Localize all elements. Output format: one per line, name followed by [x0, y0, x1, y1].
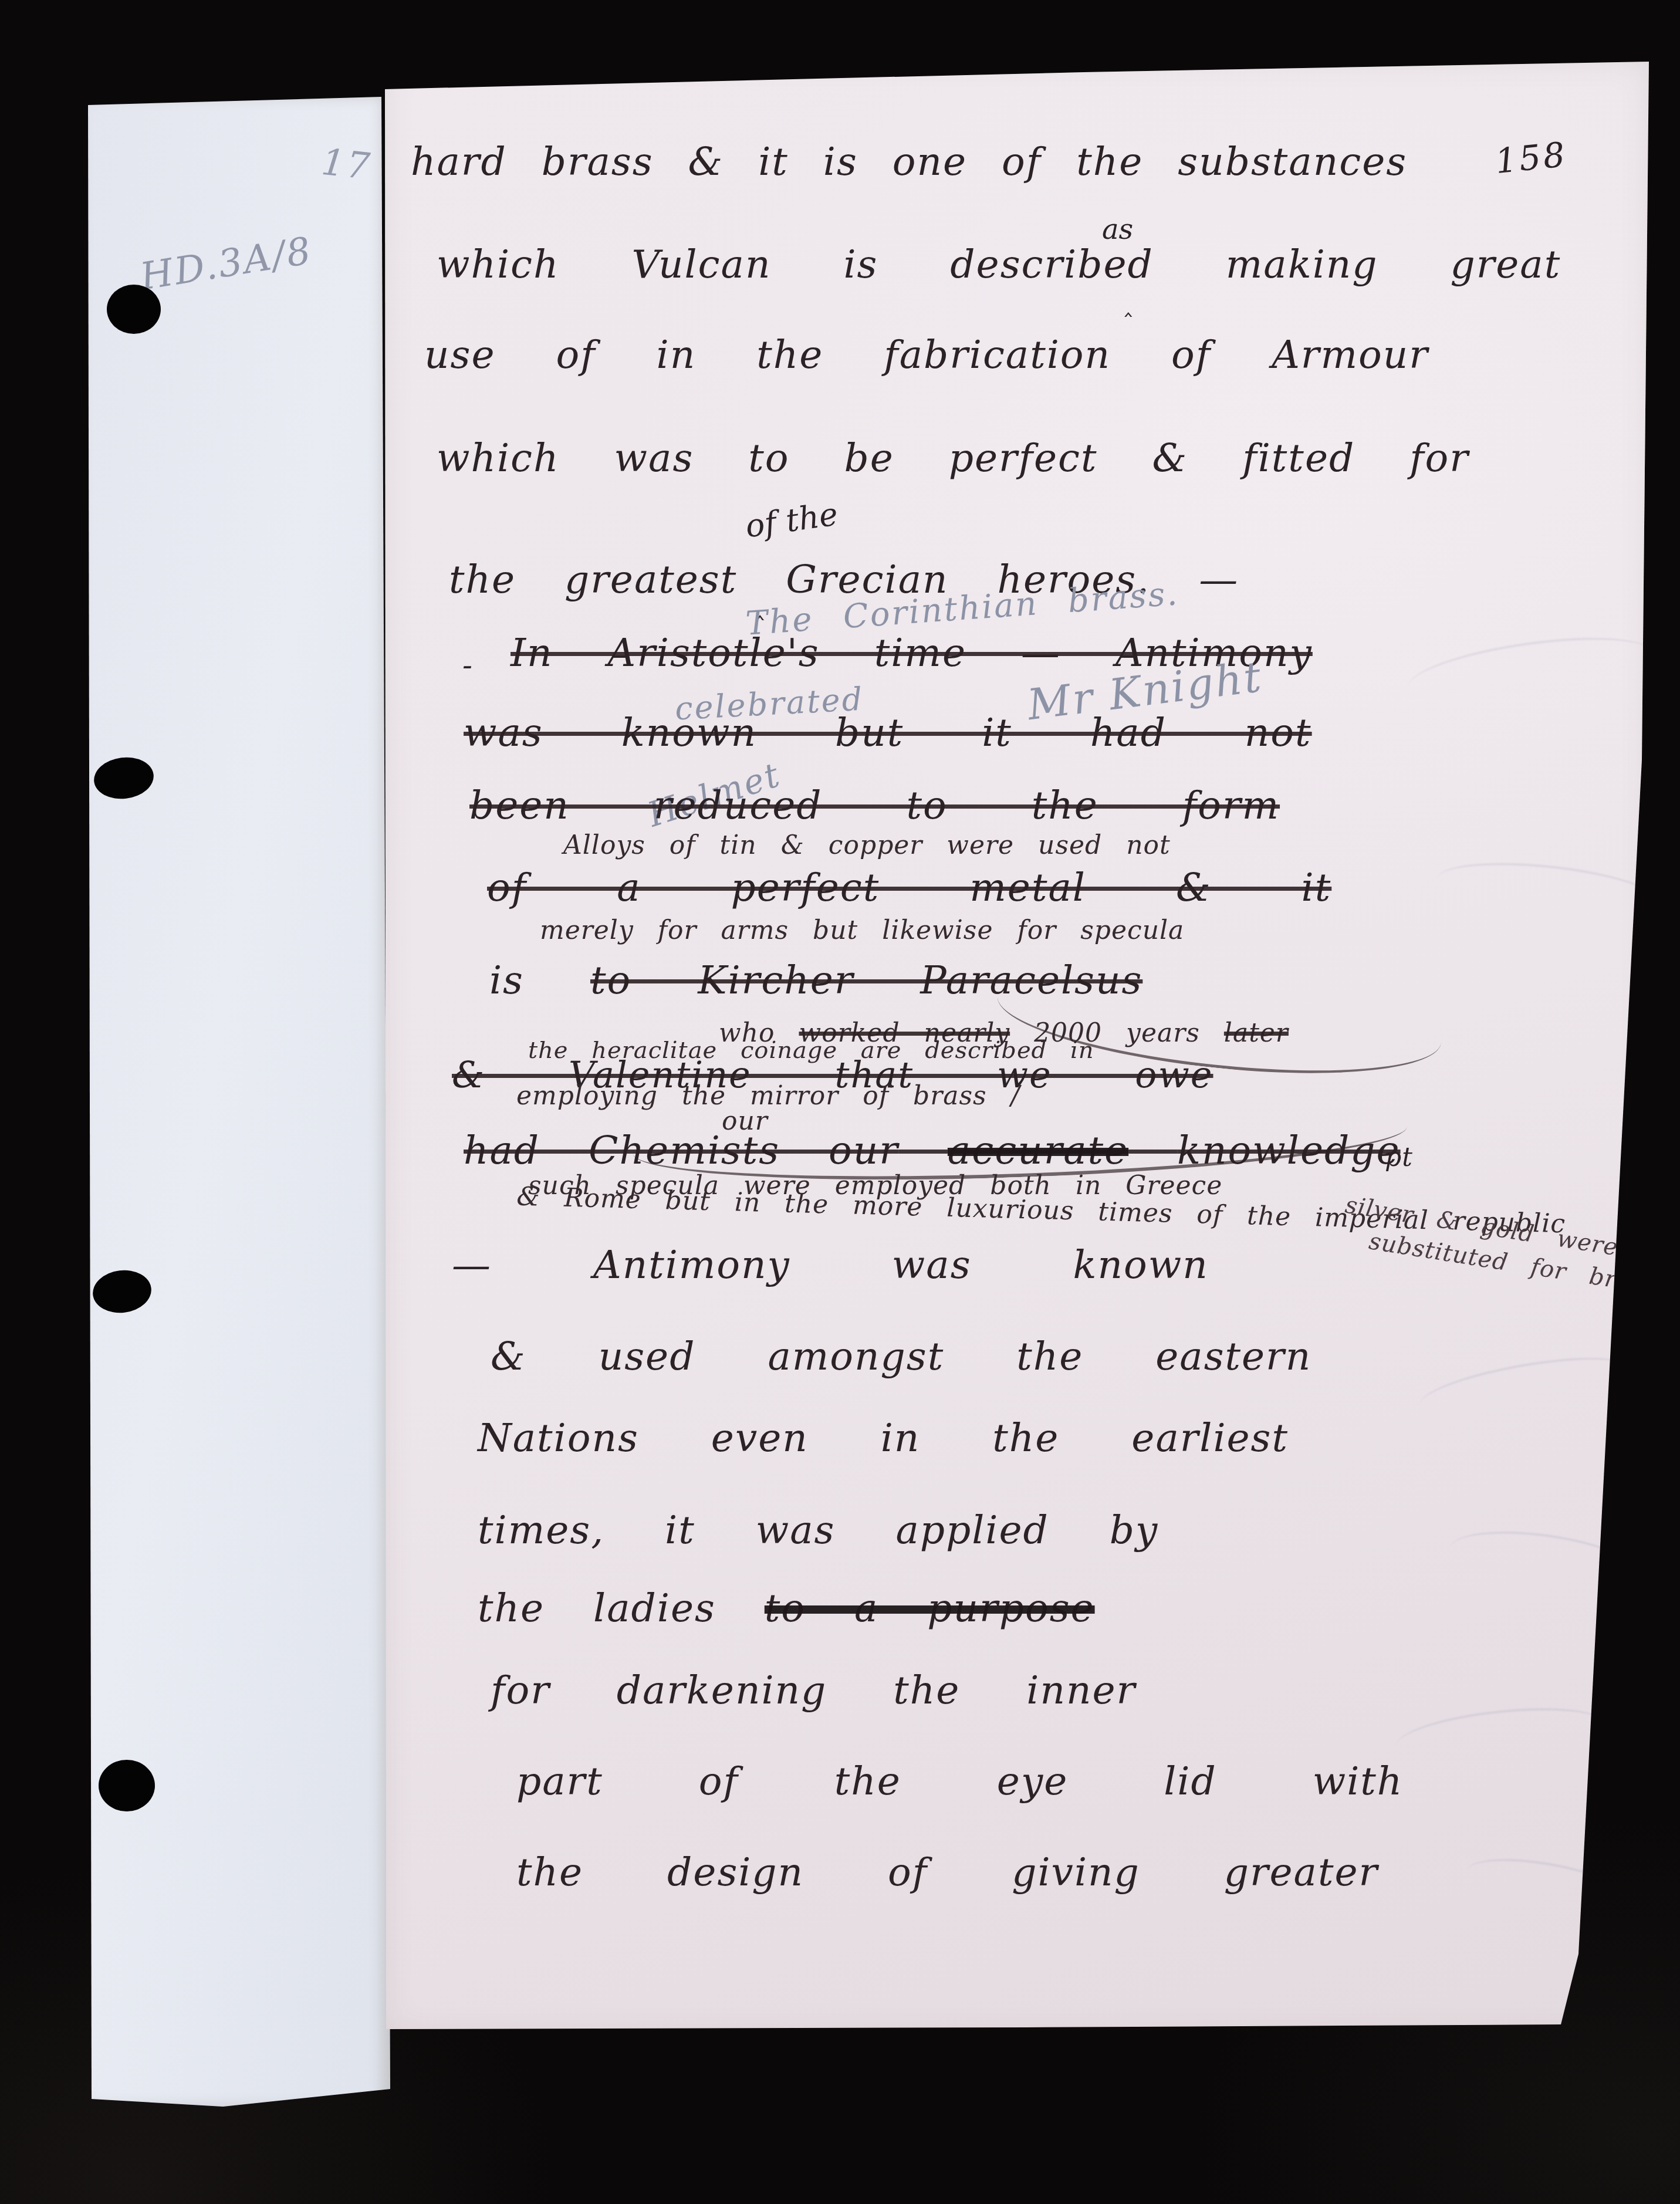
line-segment: is [489, 958, 524, 1003]
manuscript-line: use of in the fabrication of Armour [424, 332, 1429, 377]
manuscript-line: hard brass & it is one of the substances [411, 139, 1407, 184]
manuscript-page: 158 hard brass & it is one of the substa… [380, 56, 1654, 2039]
show-through-marks [1463, 1849, 1633, 1920]
manuscript-line-struck: been reduced to the form [469, 783, 1280, 828]
caret-mark: ‸ [1124, 290, 1133, 317]
line-segment-struck: to a purpose [765, 1586, 1095, 1631]
show-through-marks [1445, 1521, 1645, 1603]
interline-note: Alloys of tin & copper were used not [563, 830, 1171, 860]
show-through-marks [1405, 626, 1657, 715]
manuscript-line: which was to be perfect & fitted for [437, 435, 1469, 481]
punch-hole [90, 1267, 154, 1316]
manuscript-line: times, it was applied by [478, 1507, 1158, 1553]
punch-hole [107, 285, 161, 334]
manuscript-line: & used amongst the eastern [491, 1334, 1311, 1379]
manuscript-line: the ladies to a purpose [478, 1586, 1095, 1631]
interline-note: merely for arms but likewise for specula [540, 915, 1184, 945]
manuscript-line: Nations even in the earliest [478, 1415, 1289, 1461]
show-through-marks [1394, 1699, 1609, 1770]
manuscript-line: for darkening the inner [491, 1668, 1136, 1713]
manuscript-line: part of the eye lid with [516, 1759, 1403, 1804]
show-through-marks [1435, 854, 1662, 926]
shelfmark: HD.3A/8 [137, 229, 315, 299]
folio-number: 17 [319, 140, 373, 188]
line-segment: the ladies [478, 1586, 716, 1631]
line-segment: which Vulcan is described [437, 242, 1154, 287]
manuscript-line-struck: was known but it had not [464, 710, 1312, 755]
punch-hole [99, 1760, 155, 1811]
stray-mark: - [462, 648, 472, 682]
manuscript-line: — Antimony was known [452, 1242, 1209, 1287]
manuscript-line: which Vulcan is described making great [437, 242, 1561, 287]
punch-hole [92, 754, 156, 802]
line-segment: making great [1226, 242, 1561, 287]
line-segment-struck: later [1224, 1018, 1289, 1048]
photograph-background: 17 HD.3A/8 158 hard brass & it is one of… [0, 0, 1680, 2204]
page-number: 158 [1493, 134, 1569, 181]
manuscript-line: the design of giving greater [516, 1850, 1378, 1895]
show-through-marks [1417, 1346, 1632, 1425]
interline-insertion: of the [743, 495, 840, 545]
interline-insertion: as [1102, 213, 1133, 246]
manuscript-line-struck: of a perfect metal & it [487, 865, 1331, 910]
backing-strip: 17 HD.3A/8 [88, 97, 390, 2107]
